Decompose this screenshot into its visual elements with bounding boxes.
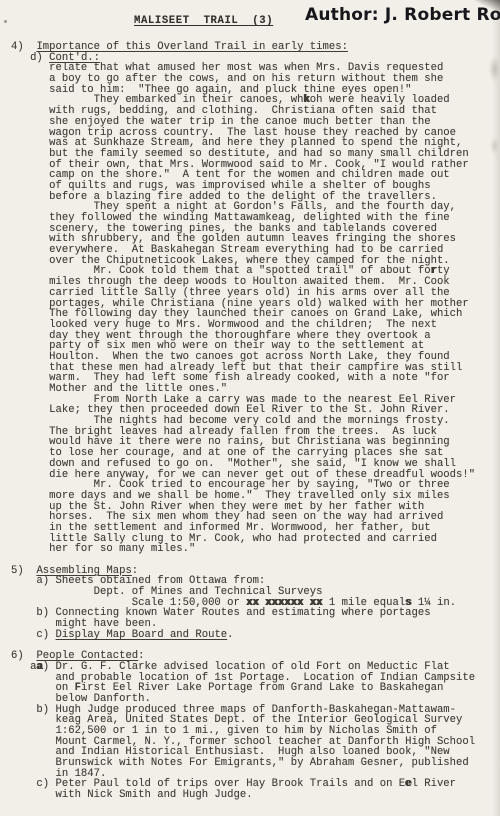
ink-dot [4,20,7,23]
page-title: MALISEET TRAIL (3) [134,15,273,27]
text-line: her for so many miles." [11,544,497,555]
author-annotation: Author: J. Robert Ross [305,5,500,25]
document-body: 4) Importance of this Overland Trail in … [11,42,497,801]
document-page: MALISEET TRAIL (3) Author: J. Robert Ros… [0,0,500,816]
text-line: with Nick Smith and Hugh Judge. [11,790,497,801]
text-line: c) Display Map Board and Route. [11,630,497,641]
